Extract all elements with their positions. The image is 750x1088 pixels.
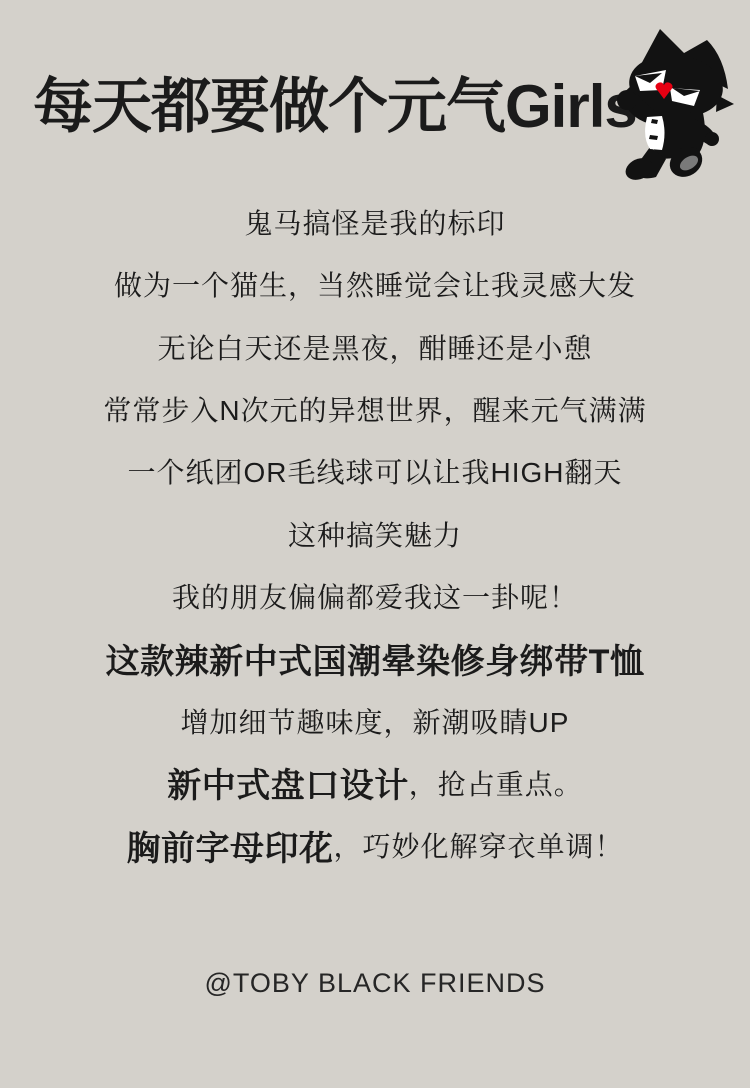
body-text-segment: 常常步入N次元的异想世界，醒来元气满满 (103, 389, 646, 429)
text-line: 这种搞笑魅力 (0, 502, 750, 564)
product-detail-page: 每天都要做个元气Girls (0, 0, 750, 1088)
body-text-segment: ，抢占重点。 (409, 763, 583, 803)
body-text-segment: 鬼马搞怪是我的标印 (244, 202, 505, 242)
text-line: 鬼马搞怪是我的标印 (0, 191, 750, 253)
text-line: 一个纸团OR毛线球可以让我HIGH翻天 (0, 440, 750, 502)
emphasis-text: 这款辣新中式国潮晕染修身绑带T恤 (106, 634, 645, 683)
body-text-segment: 无论白天还是黑夜，酣睡还是小憩 (157, 327, 592, 367)
page-title: 每天都要做个元气Girls (33, 74, 637, 140)
body-text-segment: 这种搞笑魅力 (288, 514, 462, 554)
body-text-segment: 我的朋友偏偏都爱我这一卦呢！ (172, 576, 578, 616)
text-line: 新中式盘口设计，抢占重点。 (0, 752, 750, 814)
text-line: 常常步入N次元的异想世界，醒来元气满满 (0, 378, 750, 440)
brand-credit: @TOBY BLACK FRIENDS (0, 963, 750, 1003)
text-line: 无论白天还是黑夜，酣睡还是小憩 (0, 316, 750, 378)
body-text-segment: 做为一个猫生，当然睡觉会让我灵感大发 (114, 264, 636, 304)
text-line: 我的朋友偏偏都爱我这一卦呢！ (0, 565, 750, 627)
text-line: 增加细节趣味度，新潮吸睛UP (0, 689, 750, 751)
emphasis-text: 胸前字母印花 (126, 821, 333, 870)
body-text-segment: 一个纸团OR毛线球可以让我HIGH翻天 (127, 451, 622, 491)
text-line: 胸前字母印花，巧妙化解穿衣单调！ (0, 814, 750, 876)
body-text: 鬼马搞怪是我的标印做为一个猫生，当然睡觉会让我灵感大发无论白天还是黑夜，酣睡还是… (0, 191, 750, 876)
emphasis-text: 新中式盘口设计 (167, 758, 409, 807)
body-text-segment: 增加细节趣味度，新潮吸睛UP (181, 701, 570, 741)
text-line: 做为一个猫生，当然睡觉会让我灵感大发 (0, 253, 750, 315)
body-text-segment: ，巧妙化解穿衣单调！ (333, 825, 623, 865)
black-cat-mascot-icon (612, 27, 748, 187)
text-line: 这款辣新中式国潮晕染修身绑带T恤 (0, 627, 750, 689)
